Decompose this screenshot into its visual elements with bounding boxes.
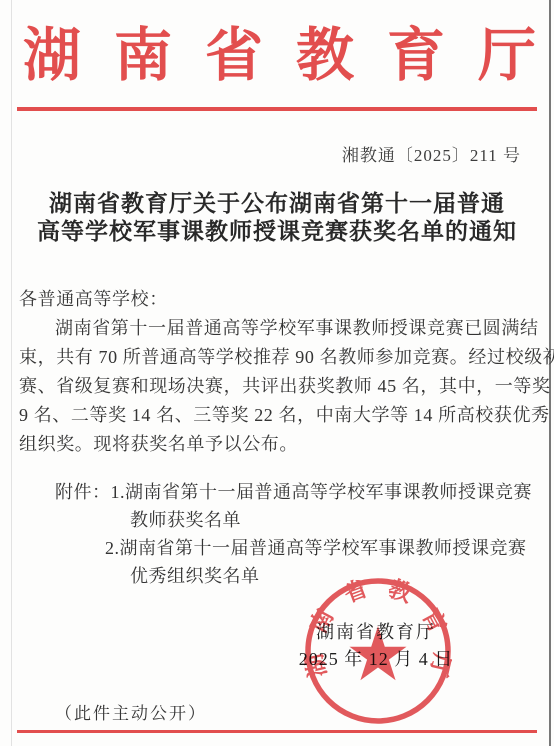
document-title-line2: 高等学校军事课教师授课竞赛获奖名单的通知 xyxy=(0,218,554,246)
scan-edge-left xyxy=(11,0,12,746)
letterhead-divider-line xyxy=(17,107,537,111)
document-title-line1: 湖南省教育厅关于公布湖南省第十一届普通 xyxy=(0,190,554,218)
paragraph-line: 束，共有 70 所普通高等学校推荐 90 名教师参加竞赛。经过校级初 xyxy=(19,343,538,372)
paragraph-line: 9 名、二等奖 14 名、三等奖 22 名，中南大学等 14 所高校获优秀 xyxy=(19,401,538,430)
paragraph-line: 组织奖。现将获奖名单予以公布。 xyxy=(19,430,538,459)
disclosure-note: （此件主动公开） xyxy=(55,699,207,724)
attachment-item-1: 附件：1.湖南省第十一届普通高等学校军事课教师授课竞赛 xyxy=(55,478,535,506)
attachment-label: 附件： xyxy=(55,482,111,502)
document-body: 各普通高等学校： 湖南省第十一届普通高等学校军事课教师授课竞赛已圆满结 束，共有… xyxy=(19,285,538,459)
letterhead-agency-name: 湖南省教育厅 xyxy=(0,16,554,96)
attachment-1-line1: 1.湖南省第十一届普通高等学校军事课教师授课竞赛 xyxy=(111,482,533,502)
attachment-1-line2: 教师获奖名单 xyxy=(55,506,535,534)
document-page: 湖南省教育厅 湘教通〔2025〕211 号 湖南省教育厅关于公布湖南省第十一届普… xyxy=(0,0,554,746)
attachment-list: 附件：1.湖南省第十一届普通高等学校军事课教师授课竞赛 教师获奖名单 2.湖南省… xyxy=(55,478,535,590)
attachment-2-line2: 优秀组织奖名单 xyxy=(55,562,535,590)
paragraph-line: 赛、省级复赛和现场决赛，共评出获奖教师 45 名，其中，一等奖 xyxy=(19,372,538,401)
footer-divider-line xyxy=(17,730,537,733)
document-number: 湘教通〔2025〕211 号 xyxy=(342,141,521,166)
attachment-2-line1: 2.湖南省第十一届普通高等学校军事课教师授课竞赛 xyxy=(55,534,535,562)
salutation: 各普通高等学校： xyxy=(19,285,538,314)
official-seal: 湖南省教育厅 xyxy=(304,577,452,725)
scan-edge-right xyxy=(549,0,551,746)
seal-star-icon xyxy=(350,626,407,680)
document-title: 湖南省教育厅关于公布湖南省第十一届普通 高等学校军事课教师授课竞赛获奖名单的通知 xyxy=(0,190,554,246)
paragraph-line: 湖南省第十一届普通高等学校军事课教师授课竞赛已圆满结 xyxy=(19,314,538,343)
